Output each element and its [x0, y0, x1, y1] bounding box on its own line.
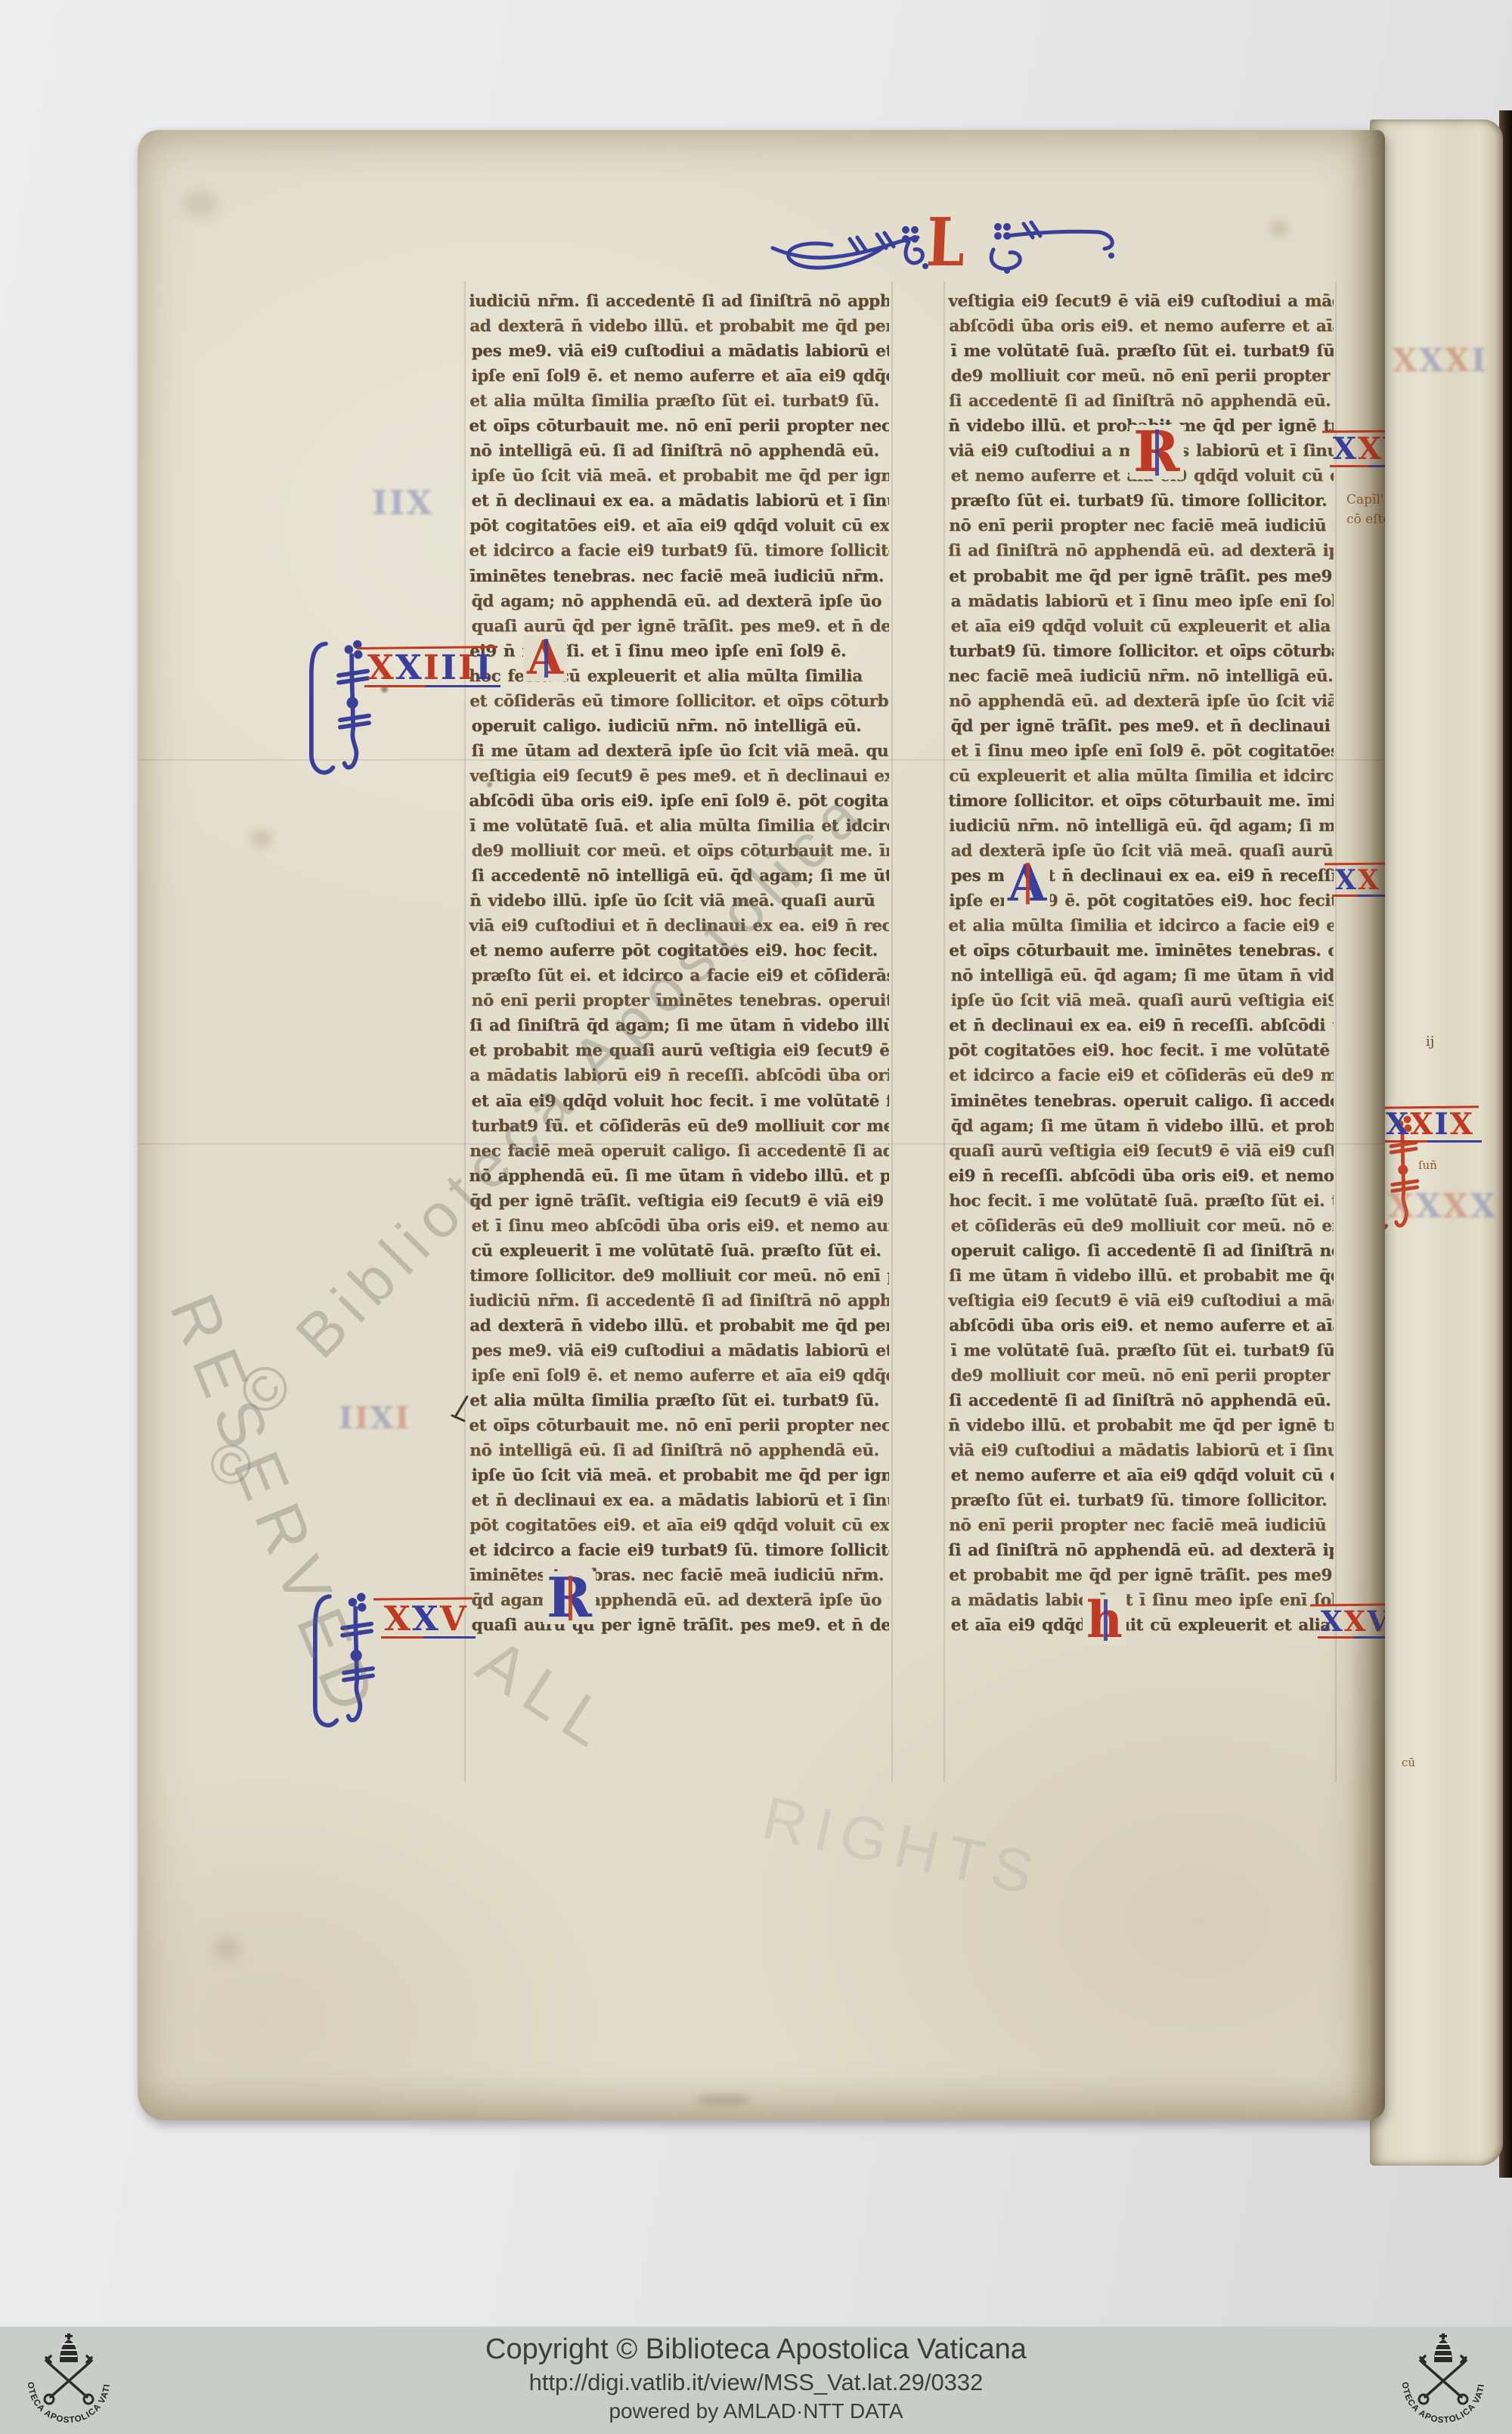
numeral-letter: I [355, 1400, 370, 1436]
marginal-note-capitulo: Capĩl' pʒ cō eſtol' [1346, 491, 1385, 529]
stain [213, 1937, 240, 1960]
decorated-initial-R: R [543, 1571, 596, 1624]
numeral-letter: X [1393, 342, 1419, 379]
numeral-letter: X [406, 484, 433, 522]
manuscript-text-line: a mādatis labiorū et ī ſinu meo ipſe enī… [951, 589, 1334, 614]
manuscript-text-line: ī me volūtatē ſuā. præſto ſūt ei. turbat… [951, 339, 1334, 364]
manuscript-text-line: et nemo auferre et aīa ei9 qdq̄d voluit … [951, 1463, 1334, 1488]
manuscript-text-line: et probabit me q̄d per ignē trāſit. pes … [949, 1563, 1334, 1588]
header-book-initial: L [925, 209, 967, 275]
manuscript-text-line: et aīa ei9 qdq̄d voluit cū expleuerit et… [951, 1613, 1334, 1638]
manuscript-text-line: ī me volūtatē ſuā. præſto ſūt ei. turbat… [951, 1338, 1334, 1363]
next-folio-edge: ſuñ cū ij XXIXXXXIXXXX [1370, 119, 1503, 2166]
manuscript-text-line: q̄d agam; nō apphendā eū. ad dexterā ipſ… [472, 1588, 889, 1613]
ruling-line [943, 281, 945, 1782]
chapter-numeral: XXV [384, 1601, 468, 1636]
watermark-all: ALL [464, 1624, 628, 1767]
footer-bar: BIBLIOTECA APOSTOLICA VATICANA Copyright… [0, 2327, 1512, 2434]
ruling-line [891, 281, 893, 1782]
manuscript-text-line: præſto ſūt ei. et idcirco a facie ei9 et… [472, 963, 889, 988]
manuscript-text-line: ipſe ūo ſcit viā meā. et probabit me q̄d… [472, 464, 889, 488]
manuscript-text-line: ſi accedentē ſi ad ſiniſtrā nō apphendā … [949, 1388, 1334, 1413]
numeral-letter: X [1470, 1187, 1497, 1226]
manuscript-page: L [138, 130, 1385, 2120]
manuscript-text-line: q̄d per ignē trāſit. veſtigia ei9 ſecut9… [469, 1189, 889, 1214]
manuscript-text-line: et oīps cōturbauit me. īminētes tenebras… [949, 938, 1334, 963]
chapter-numeral: XXV [1321, 1608, 1385, 1636]
blue-paraph-flourish-ch24 [306, 634, 373, 785]
numeral-letter: I [458, 647, 476, 687]
manuscript-text-line: veſtigia ei9 ſecut9 ē viā ei9 cuſtodiui … [948, 289, 1334, 314]
manuscript-text-line: et oīps cōturbauit me. nō enī perii prop… [469, 1413, 889, 1438]
numeral-letter: X [1450, 1107, 1474, 1142]
manuscript-text-line: cū expleuerit et alia mūlta ſimilia et i… [949, 764, 1334, 789]
manuscript-text-line: de9 molliuit cor meū. et oīps cōturbauit… [472, 839, 889, 864]
numeral-letter: I [423, 647, 441, 687]
numeral-letter: X [1445, 342, 1471, 379]
initial-penwork-bar [1026, 863, 1030, 904]
manuscript-text-line: ſi accedentē ſi ad ſiniſtrā nō apphendā … [949, 389, 1334, 414]
manuscript-text-line: abſcōdi ūba oris ei9. et nemo auferre et… [949, 1313, 1334, 1338]
manuscript-text-line: iudiciū nr̄m. ſi accedentē ſi ad ſiniſtr… [469, 289, 889, 314]
ghost-chapter-numeral: IIXI [339, 1403, 411, 1434]
manuscript-text-line: ad dexterā n̄ videbo illū. et probabit m… [469, 314, 889, 339]
footer-copyright: Copyright © Biblioteca Apostolica Vatica… [0, 2333, 1512, 2366]
numeral-letter: X [1419, 342, 1445, 379]
manuscript-text-line: timore ſollicitor. et oīps cōturbauit me… [948, 789, 1334, 814]
manuscript-text-line: nō enī perii propter nec faciē meā iudic… [949, 1513, 1334, 1538]
manuscript-text-line: et alia mūlta ſimilia et idcirco a facie… [948, 913, 1334, 938]
manuscript-text-line: īminētes tenebras. nec faciē meā iudiciū… [469, 1563, 889, 1588]
manuscript-text-line: ſi ad ſiniſtrā nō apphendā eū. ad dexter… [948, 1538, 1334, 1563]
manuscript-text-line: et idcirco a facie ei9 turbat9 ſū. timor… [469, 538, 889, 563]
manuscript-text-line: q̄d per ignē trāſit. pes me9. et n̄ decl… [951, 714, 1334, 739]
chapter-numeral: XX [1335, 867, 1380, 894]
chapter-numeral: XXV [1333, 434, 1385, 464]
decorated-initial-R: R [1129, 425, 1184, 479]
marginal-note-fuit: ſuñ [1418, 1157, 1437, 1174]
numeral-letter: I [339, 1400, 355, 1436]
manuscript-text-line: ī me volūtatē ſuā. et alia mūlta ſimilia… [469, 814, 889, 839]
manuscript-text-line: hoc fecit. ī me volūtatē ſuā. præſto ſūt… [949, 1189, 1334, 1214]
manuscript-text-line: veſtigia ei9 ſecut9 ē viā ei9 cuſtodiui … [948, 1288, 1334, 1313]
manuscript-text-line: de9 molliuit cor meū. nō enī perii propt… [951, 1363, 1334, 1388]
numeral-letter: I [1471, 342, 1488, 379]
manuscript-text-line: iudiciū nr̄m. ſi accedentē ſi ad ſiniſtr… [469, 1288, 889, 1313]
numeral-letter: X [1388, 1187, 1415, 1226]
manuscript-text-line: pōt cogitatōes ei9. hoc fecit. ī me volū… [948, 1038, 1334, 1063]
manuscript-text-line: et idcirco a facie ei9 et cōſiderās eū d… [949, 1063, 1334, 1088]
manuscript-text-line: nō intelligā eū. q̄d agam; ſi me ūtam n̄… [951, 963, 1334, 988]
manuscript-text-line: q̄d agam; ſi me ūtam n̄ videbo illū. et … [951, 1114, 1334, 1139]
manuscript-text-line: turbat9 ſū. et cōſiderās eū de9 molliuit… [472, 1114, 889, 1139]
manuscript-text-line: et cōſiderās eū timore ſollicitor. et oī… [469, 689, 889, 714]
ruling-line [1335, 281, 1337, 1782]
manuscript-text-line: et n̄ declinaui ex ea. a mādatis labiorū… [472, 1488, 889, 1513]
manuscript-text-line: pes me9. viā ei9 cuſtodiui a mādatis lab… [472, 1338, 889, 1363]
manuscript-text-line: a mādatis labiorū ei9 n̄ receſſi. abſcōd… [469, 1063, 889, 1088]
manuscript-text-line: præſto ſūt ei. turbat9 ſū. timore ſollic… [951, 1488, 1334, 1513]
manuscript-text-line: nō intelligā eū. ſi ad ſiniſtrā nō apphe… [469, 439, 889, 464]
manuscript-text-line: et probabit me quaſi aurū veſtigia ei9 ſ… [469, 1038, 889, 1063]
numeral-letter: X [367, 647, 395, 687]
numeral-letter: X [1442, 1187, 1470, 1226]
manuscript-text-line: ſi ad ſiniſtrā q̄d agam; ſi me ūtam n̄ v… [469, 1013, 889, 1038]
manuscript-text-line: et cōſiderās eū de9 molliuit cor meū. nō… [951, 1214, 1334, 1239]
watermark-rights: RIGHTS [757, 1783, 1048, 1910]
manuscript-text-line: n̄ videbo illū. et probabit me q̄d per i… [948, 1413, 1334, 1438]
manuscript-text-line: et aīa ei9 qdq̄d voluit hoc fecit. ī me … [472, 1089, 889, 1114]
ghost-chapter-numeral: IIX [372, 487, 433, 520]
numeral-letter: I [441, 647, 458, 687]
numeral-letter: X [1410, 1107, 1434, 1142]
chapter-numeral: XXIX [1386, 1110, 1474, 1139]
numeral-letter: X [1335, 864, 1358, 896]
manuscript-text-line: et alia mūlta ſimilia præſto ſūt ei. tur… [469, 1388, 889, 1413]
numeral-letter: V [440, 1598, 468, 1639]
footer-url: http://digi.vatlib.it/view/MSS_Vat.lat.2… [0, 2369, 1512, 2396]
marginal-note-cum: cū [1402, 1754, 1415, 1772]
manuscript-text-line: turbat9 ſū. timore ſollicitor. et oīps c… [949, 639, 1334, 664]
blue-paraph-flourish-ch25 [310, 1586, 376, 1738]
manuscript-text-line: de9 molliuit cor meū. nō enī perii propt… [951, 364, 1334, 389]
ghost-chapter-numeral: XXXX [1388, 1190, 1498, 1223]
manuscript-text-line: et n̄ declinaui ex ea. ei9 n̄ receſſi. a… [949, 1013, 1334, 1038]
numeral-letter: X [1321, 1605, 1344, 1638]
numeral-letter: X [370, 1400, 395, 1436]
manuscript-text-line: n̄ videbo illū. ipſe ūo ſcit viā meā. qu… [469, 888, 889, 913]
manuscript-text-line: īminētes tenebras. nec faciē meā iudiciū… [469, 564, 889, 589]
footer-powered-by: powered by AMLAD·NTT DATA [0, 2399, 1512, 2423]
numeral-letter: X [395, 647, 423, 687]
manuscript-text-line: pōt cogitatōes ei9. et aīa ei9 qdq̄d vol… [469, 513, 889, 538]
stain [697, 2094, 750, 2105]
manuscript-text-line: nō apphendā eū. ad dexterā ipſe ūo ſcit … [949, 689, 1334, 714]
decorated-initial-A: A [1004, 859, 1050, 908]
manuscript-text-line: cū expleuerit ī me volūtatē ſuā. præſto … [472, 1239, 889, 1264]
manuscript-text-line: nō apphendā eū. ſi me ūtam n̄ videbo ill… [469, 1164, 889, 1189]
stain [183, 191, 218, 218]
marginal-note-line: Capĩl' pʒ [1346, 491, 1385, 510]
manuscript-text-line: ſi ad ſiniſtrā nō apphendā eū. ad dexter… [948, 538, 1334, 563]
manuscript-text-line: et alia mūlta ſimilia præſto ſūt ei. tur… [469, 389, 889, 414]
manuscript-text-line: nec faciē meā iudiciū nr̄m. nō intelligā… [948, 664, 1334, 689]
manuscript-text-line: quaſi aurū veſtigia ei9 ſecut9 ē viā ei9… [949, 1139, 1334, 1164]
manuscript-text-line: ipſe ūo ſcit viā meā. quaſi aurū veſtigi… [951, 988, 1334, 1013]
numeral-letter: V [1383, 431, 1385, 467]
ruling-line [464, 281, 466, 1782]
numeral-letter: X [1333, 431, 1358, 467]
manuscript-text-line: abſcōdi ūba oris ei9. ipſe enī ſol9 ē. p… [469, 789, 889, 814]
numeral-letter: X [1358, 431, 1383, 467]
manuscript-text-line: ipſe enī ſol9 ē. et nemo auferre et aīa … [472, 1363, 889, 1388]
manuscript-text-line: a mādatis labiorū et ī ſinu meo ipſe enī… [951, 1588, 1334, 1613]
manuscript-text-line: ſi me ūtam ad dexterā ipſe ūo ſcit viā m… [472, 739, 889, 764]
stain [251, 829, 272, 848]
chapter-numeral: XXIIII [367, 650, 493, 684]
numeral-letter: I [476, 647, 493, 687]
gutter-fold-shadow [1350, 130, 1385, 2120]
manuscript-text-line: ſi accedentē nō intelligā eū. q̄d agam; … [472, 864, 889, 888]
numeral-letter: X [412, 1598, 440, 1639]
initial-penwork-bar [544, 639, 548, 677]
manuscript-text-line: quaſi aurū q̄d per ignē trāſit. pes me9.… [472, 1613, 889, 1638]
numeral-letter: I [395, 1400, 411, 1436]
manuscript-text-line: viā ei9 cuſtodiui a mādatis labiorū et ī… [949, 1438, 1334, 1463]
numeral-letter: X [1386, 1107, 1410, 1142]
stain [1270, 221, 1288, 236]
manuscript-text-line: nō enī perii propter īminētes tenebras. … [472, 988, 889, 1013]
initial-penwork-bar [1155, 429, 1159, 476]
manuscript-photo-stage: ſuñ cū ij XXIXXXXIXXXX [0, 0, 1512, 2434]
manuscript-text-line: veſtigia ei9 ſecut9 ē pes me9. et n̄ dec… [469, 764, 889, 789]
numeral-letter: X [384, 1598, 412, 1639]
manuscript-text-line: iudiciū nr̄m. nō intelligā eū. q̄d agam;… [949, 814, 1334, 839]
pen-mark-ij: ij [1426, 1031, 1434, 1052]
manuscript-text-line: et oīps cōturbauit me. nō enī perii prop… [469, 414, 889, 439]
manuscript-text-line: ei9 n̄ receſſi. abſcōdi ūba oris ei9. et… [948, 1164, 1334, 1189]
marginal-note-line: cō eſtol' [1346, 510, 1385, 530]
manuscript-text-line: pes me9. viā ei9 cuſtodiui a mādatis lab… [472, 339, 889, 364]
manuscript-text-line: et idcirco a facie ei9 turbat9 ſū. timor… [469, 1538, 889, 1563]
manuscript-text-line: viā ei9 cuſtodiui et n̄ declinaui ex ea.… [469, 913, 889, 938]
manuscript-text-line: et n̄ declinaui ex ea. a mādatis labiorū… [472, 488, 889, 513]
manuscript-text-line: timore ſollicitor. de9 molliuit cor meū.… [469, 1264, 889, 1288]
pen-mark [449, 1394, 472, 1425]
manuscript-text-line: operuit caligo. iudiciū nr̄m. nō intelli… [472, 714, 889, 739]
numeral-letter: I [389, 484, 407, 522]
manuscript-text-line: īminētes tenebras. operuit caligo. ſi ac… [951, 1089, 1334, 1114]
manuscript-text-line: et ī ſinu meo ipſe enī ſol9 ē. pōt cogit… [951, 739, 1334, 764]
manuscript-text-line: et ī ſinu meo abſcōdi ūba oris ei9. et n… [472, 1214, 889, 1239]
manuscript-text-line: operuit caligo. ſi accedentē ſi ad ſiniſ… [951, 1239, 1334, 1264]
manuscript-text-line: pōt cogitatōes ei9. et aīa ei9 qdq̄d vol… [469, 1513, 889, 1538]
initial-penwork-bar [1104, 1599, 1108, 1640]
manuscript-text-line: ipſe ūo ſcit viā meā. et probabit me q̄d… [472, 1463, 889, 1488]
numeral-letter: X [1415, 1187, 1442, 1226]
manuscript-text-line: ſi me ūtam n̄ videbo illū. et probabit m… [949, 1264, 1334, 1288]
manuscript-text-line: nō intelligā eū. ſi ad ſiniſtrā nō apphe… [469, 1438, 889, 1463]
manuscript-text-line: nec faciē meā operuit caligo. ſi acceden… [469, 1139, 889, 1164]
numeral-letter: X [1344, 1605, 1368, 1638]
manuscript-text-line: nō enī perii propter nec faciē meā iudic… [949, 513, 1334, 538]
vatican-library-logo-right: BIBLIOTECA APOSTOLICA VATICANA [1393, 2322, 1494, 2434]
ghost-chapter-numeral: XXXI [1393, 345, 1487, 377]
decorated-initial-A: A [523, 635, 567, 681]
numeral-letter: V [1367, 1605, 1385, 1638]
initial-penwork-bar [569, 1576, 572, 1620]
numeral-letter: I [372, 484, 389, 522]
text-column-left: iudiciū nr̄m. ſi accedentē ſi ad ſiniſtr… [470, 289, 889, 1639]
numeral-letter: X [1358, 864, 1380, 896]
numeral-letter: I [1435, 1107, 1450, 1142]
manuscript-text-line: abſcōdi ūba oris ei9. et nemo auferre et… [949, 314, 1334, 339]
manuscript-text-line: ad dexterā n̄ videbo illū. et probabit m… [469, 1313, 889, 1338]
text-column-right: veſtigia ei9 ſecut9 ē viā ei9 cuſtodiui … [950, 289, 1334, 1639]
manuscript-text-line: ipſe enī ſol9 ē. et nemo auferre et aīa … [472, 364, 889, 389]
manuscript-text-line: et aīa ei9 qdq̄d voluit cū expleuerit et… [951, 614, 1334, 639]
watermark-copyright-symbol: © [201, 1428, 260, 1502]
decorated-initial-h: h [1083, 1595, 1126, 1645]
manuscript-text-line: q̄d agam; nō apphendā eū. ad dexterā ipſ… [472, 589, 889, 614]
manuscript-text-line: præſto ſūt ei. turbat9 ſū. timore ſollic… [951, 488, 1334, 513]
manuscript-text-line: et probabit me q̄d per ignē trāſit. pes … [949, 564, 1334, 589]
manuscript-text-line: et nemo auferre pōt cogitatōes ei9. hoc … [469, 938, 889, 963]
